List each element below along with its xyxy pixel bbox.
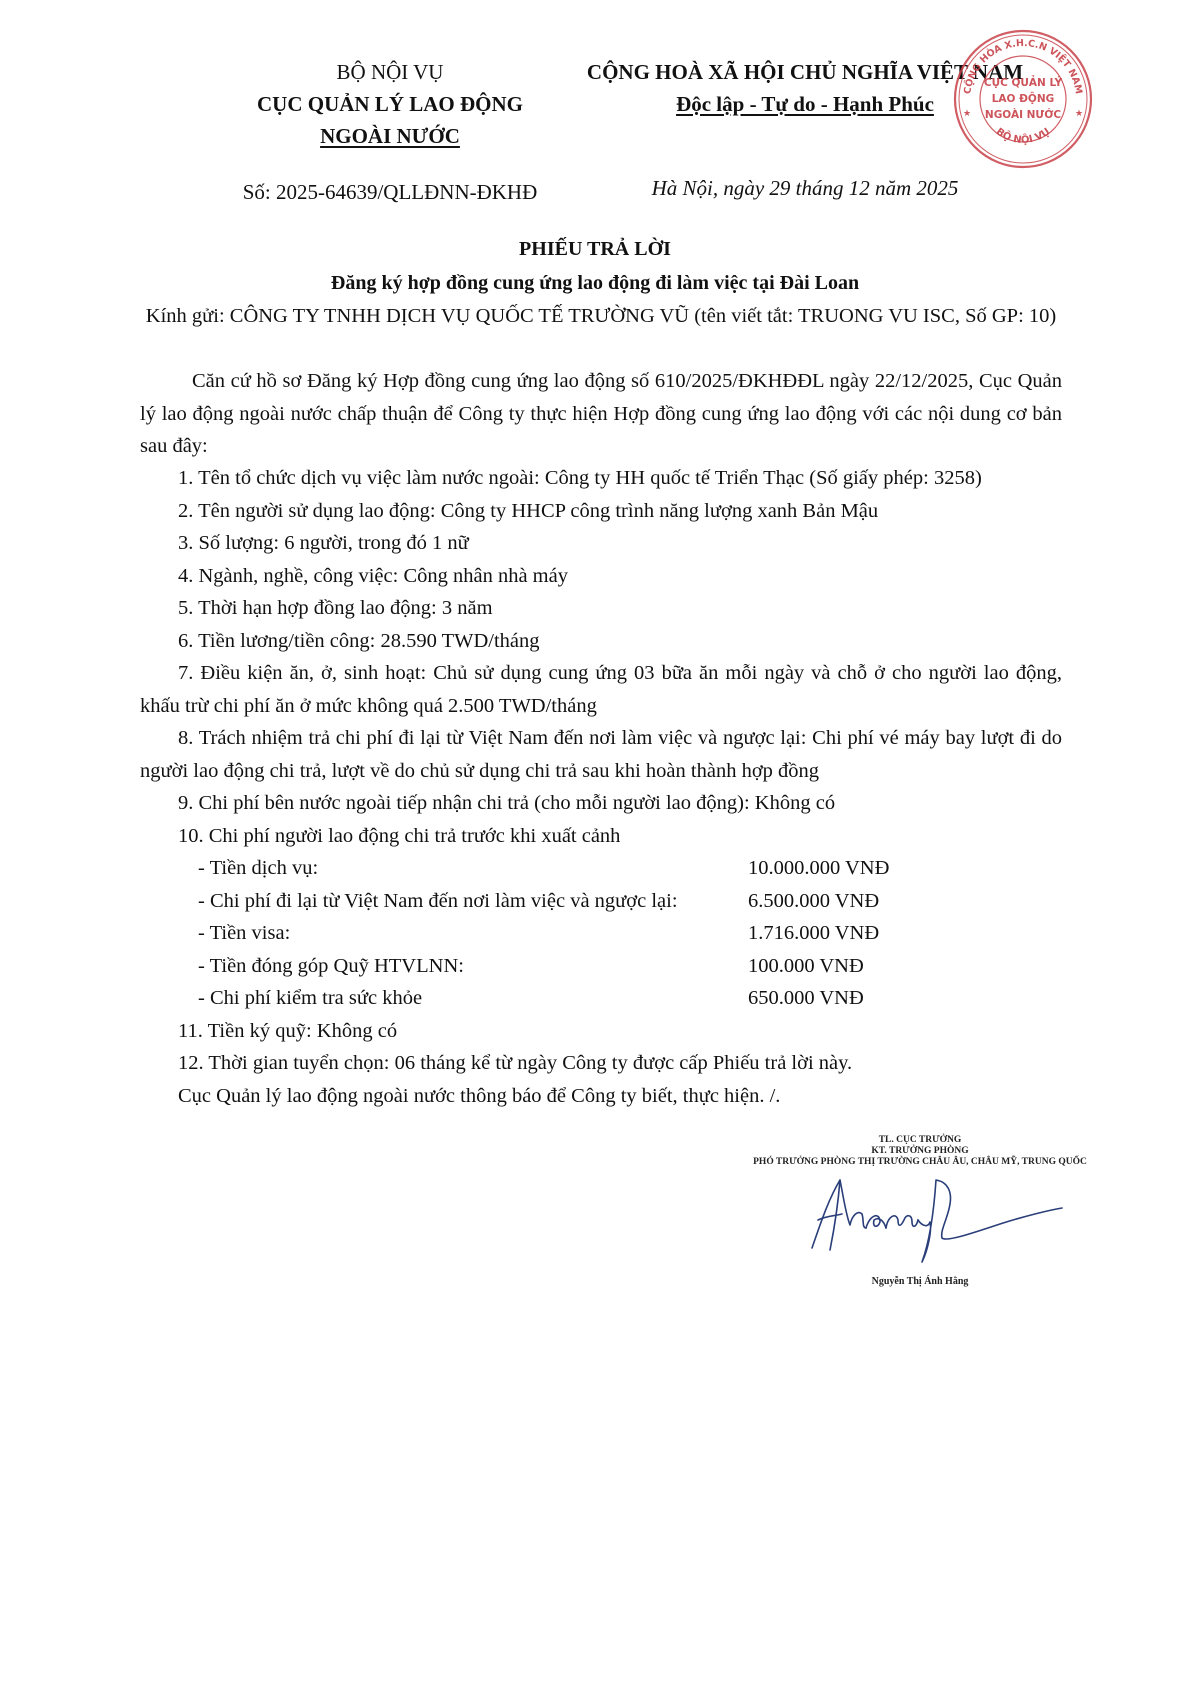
stamp-star-right-icon: ★	[1075, 109, 1083, 119]
fee-label: - Tiền đóng góp Quỹ HTVLNN:	[198, 950, 748, 983]
fee-label: - Tiền visa:	[198, 917, 748, 950]
document-title: PHIẾU TRẢ LỜI	[0, 238, 1190, 261]
handwritten-signature-icon	[800, 1170, 1070, 1275]
fee-amount: 1.716.000 VNĐ	[748, 917, 879, 950]
signature-title-line1: TL. CỤC TRƯỞNG	[740, 1135, 1100, 1146]
fee-label: - Chi phí kiểm tra sức khỏe	[198, 982, 748, 1015]
svg-text:BỘ NỘI VỤ: BỘ NỘI VỤ	[994, 126, 1052, 146]
list-item: 2. Tên người sử dụng lao động: Công ty H…	[140, 495, 1062, 528]
list-item: 1. Tên tổ chức dịch vụ việc làm nước ngo…	[140, 462, 1062, 495]
department-name-line2: NGOÀI NƯỚC	[320, 124, 460, 148]
signature-title-block: TL. CỤC TRƯỞNG KT. TRƯỞNG PHÒNG PHÓ TRƯỞ…	[740, 1135, 1100, 1168]
fee-label: - Tiền dịch vụ:	[198, 852, 748, 885]
issuing-agency-block: BỘ NỘI VỤ CỤC QUẢN LÝ LAO ĐỘNG NGOÀI NƯỚ…	[190, 56, 590, 152]
list-item: 8. Trách nhiệm trả chi phí đi lại từ Việ…	[140, 722, 1062, 787]
fee-amount: 6.500.000 VNĐ	[748, 885, 879, 918]
national-motto: Độc lập - Tự do - Hạnh Phúc	[676, 92, 934, 116]
list-item: 11. Tiền ký quỹ: Không có	[140, 1015, 1062, 1048]
official-seal-stamp-icon: CỘNG HÒA X.H.C.N VIỆT NAM BỘ NỘI VỤ CỤC …	[952, 28, 1094, 170]
document-subtitle: Đăng ký hợp đồng cung ứng lao động đi là…	[0, 272, 1190, 295]
list-item: 5. Thời hạn hợp đồng lao động: 3 năm	[140, 592, 1062, 625]
department-name-line1: CỤC QUẢN LÝ LAO ĐỘNG	[190, 88, 590, 120]
stamp-bottom-text: BỘ NỘI VỤ	[994, 126, 1052, 146]
stamp-inner-line3: NGOÀI NƯỚC	[985, 108, 1061, 121]
document-number: Số: 2025-64639/QLLĐNN-ĐKHĐ	[190, 180, 590, 205]
fee-table: - Tiền dịch vụ: 10.000.000 VNĐ - Chi phí…	[140, 852, 1062, 1015]
closing-sentence: Cục Quản lý lao động ngoài nước thông bá…	[140, 1080, 1062, 1113]
fee-row: - Chi phí đi lại từ Việt Nam đến nơi làm…	[140, 885, 1062, 918]
list-item: 7. Điều kiện ăn, ở, sinh hoạt: Chủ sử dụ…	[140, 657, 1062, 722]
fee-row: - Tiền visa: 1.716.000 VNĐ	[140, 917, 1062, 950]
list-item: 12. Thời gian tuyển chọn: 06 tháng kể từ…	[140, 1047, 1062, 1080]
list-item: 6. Tiền lương/tiền công: 28.590 TWD/thán…	[140, 625, 1062, 658]
signature-title-line3: PHÓ TRƯỞNG PHÒNG THỊ TRƯỜNG CHÂU ÂU, CHÂ…	[740, 1157, 1100, 1168]
fee-row: - Tiền đóng góp Quỹ HTVLNN: 100.000 VNĐ	[140, 950, 1062, 983]
list-item: 10. Chi phí người lao động chi trả trước…	[140, 820, 1062, 853]
ministry-name: BỘ NỘI VỤ	[190, 56, 590, 88]
fee-row: - Tiền dịch vụ: 10.000.000 VNĐ	[140, 852, 1062, 885]
signer-name: Nguyễn Thị Ánh Hằng	[740, 1276, 1100, 1287]
fee-label: - Chi phí đi lại từ Việt Nam đến nơi làm…	[198, 885, 748, 918]
intro-paragraph: Căn cứ hồ sơ Đăng ký Hợp đồng cung ứng l…	[140, 365, 1062, 463]
stamp-inner-line2: LAO ĐỘNG	[992, 92, 1055, 105]
fee-amount: 650.000 VNĐ	[748, 982, 864, 1015]
content-items-list: 1. Tên tổ chức dịch vụ việc làm nước ngo…	[140, 462, 1062, 1112]
recipient-line: Kính gửi: CÔNG TY TNHH DỊCH VỤ QUỐC TẾ T…	[140, 300, 1062, 333]
stamp-inner-line1: CỤC QUẢN LÝ	[984, 75, 1063, 89]
place-date: Hà Nội, ngày 29 tháng 12 năm 2025	[560, 176, 1050, 201]
list-item: 9. Chi phí bên nước ngoài tiếp nhận chi …	[140, 787, 1062, 820]
signature-title-line2: KT. TRƯỞNG PHÒNG	[740, 1146, 1100, 1157]
fee-amount: 10.000.000 VNĐ	[748, 852, 889, 885]
stamp-star-left-icon: ★	[963, 109, 971, 119]
list-item: 4. Ngành, nghề, công việc: Công nhân nhà…	[140, 560, 1062, 593]
fee-amount: 100.000 VNĐ	[748, 950, 864, 983]
fee-row: - Chi phí kiểm tra sức khỏe 650.000 VNĐ	[140, 982, 1062, 1015]
list-item: 3. Số lượng: 6 người, trong đó 1 nữ	[140, 527, 1062, 560]
